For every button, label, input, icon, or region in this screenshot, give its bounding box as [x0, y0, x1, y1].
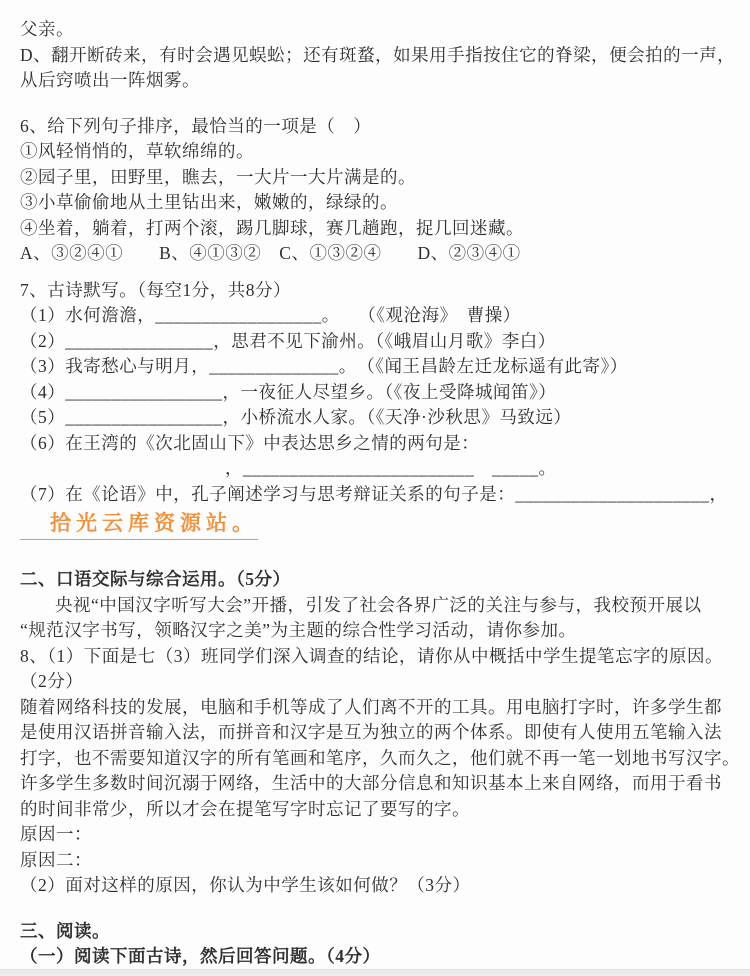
- section-2-intro-line1: 央视“中国汉字听写大会”开播，引发了社会各界广泛的关注与参与，我校预开展以: [20, 593, 736, 619]
- question-6-sentence-2: ②园子里，田野里，瞧去，一大片一大片满是的。: [20, 165, 736, 191]
- vertical-spacer: [20, 899, 736, 919]
- document-body: 父亲。D、翻开断砖来，有时会遇见蜈蚣；还有斑蝥，如果用手指按住它的脊梁，便会拍的…: [0, 0, 750, 970]
- question-8-passage-line1: 随着网络科技的发展，电脑和手机等成了人们离不开的工具。用电脑打字时，许多学生都: [20, 695, 736, 721]
- vertical-spacer: [20, 267, 736, 278]
- question-7-item-2: （2）________________，思君不见下渝州。（《峨眉山月歌》李白）: [20, 329, 736, 355]
- question-6-title: 6、给下列句子排序，最恰当的一项是（ ）: [20, 114, 736, 140]
- question-7-item-7: （7）在《论语》中，孔子阐述学习与思考辩证关系的句子是：____________…: [20, 482, 736, 508]
- question-8-reason-2: 原因二：: [20, 848, 736, 874]
- question-7-item-6-answer-line: ，_________________________ _____。: [20, 456, 736, 482]
- exam-paper-page: 父亲。D、翻开断砖来，有时会遇见蜈蚣；还有斑蝥，如果用手指按住它的脊梁，便会拍的…: [0, 0, 750, 976]
- question-8-part-1-score: （2分）: [20, 669, 736, 695]
- question-6-sentence-1: ①风轻悄悄的，草软绵绵的。: [20, 139, 736, 165]
- question-6-options: A、③②④① B、④①③② C、①③②④ D、②③④①: [20, 241, 736, 267]
- question-7-title: 7、古诗默写。（每空1分，共8分）: [20, 278, 736, 304]
- question-8-passage-line4: 许多学生多数时间沉溺于网络，生活中的大部分信息和知识基本上来自网络，而用于看书: [20, 771, 736, 797]
- question-8-reason-1: 原因一：: [20, 822, 736, 848]
- question-6-sentence-3: ③小草偷偷地从土里钻出来，嫩嫩的，绿绿的。: [20, 190, 736, 216]
- question-7-item-5: （5）_________________，小桥流水人家。（《天净·沙秋思》马致远…: [20, 405, 736, 431]
- line-fuqin: 父亲。: [20, 17, 736, 43]
- option-d-line1: D、翻开断砖来，有时会遇见蜈蚣；还有斑蝥，如果用手指按住它的脊梁，便会拍的一声，: [20, 43, 736, 69]
- question-8-part-2: （2）面对这样的原因，你认为中学生该如何做？（3分）: [20, 873, 736, 899]
- section-3-sub-header: （一）阅读下面古诗，然后回答问题。（4分）: [20, 944, 736, 970]
- question-8-passage-line3: 打字，也不需要知道汉字的所有笔画和笔序，久而久之，他们就不再一笔一划地书写汉字。: [20, 746, 736, 772]
- vertical-spacer: [20, 94, 736, 114]
- question-8-part-1: 8、（1）下面是七（3）班同学们深入调查的结论，请你从中概括中学生提笔忘字的原因…: [20, 644, 736, 670]
- question-8-passage-line5: 的时间非常少，所以才会在提笔写字时忘记了要写的字。: [20, 797, 736, 823]
- option-d-line2: 从后窍喷出一阵烟雾。: [20, 68, 736, 94]
- section-2-header: 二、口语交际与综合运用。（5分）: [20, 567, 736, 593]
- section-2-intro-line2: “规范汉字书写，领略汉字之美”为主题的综合性学习活动，请你参加。: [20, 618, 736, 644]
- page-edge-strip: [0, 969, 750, 976]
- question-8-passage-line2: 是使用汉语拼音输入法，而拼音和汉字是互为独立的两个体系。即使有人使用五笔输入法: [20, 720, 736, 746]
- watermark-underline: 拾光云库资源站。: [20, 511, 258, 540]
- question-7-item-1: （1）水何澹澹，__________________。 （《观沧海》 曹操）: [20, 303, 736, 329]
- question-7-item-4: （4）_________________，一夜征人尽望乡。（《夜上受降城闻笛》）: [20, 380, 736, 406]
- question-7-item-6: （6）在王湾的《次北固山下》中表达思乡之情的两句是：: [20, 431, 736, 457]
- vertical-spacer: [20, 541, 736, 567]
- section-3-header: 三、阅读。: [20, 919, 736, 945]
- question-7-item-3: （3）我寄愁心与明月，______________。 （《闻王昌龄左迁龙标遥有此…: [20, 354, 736, 380]
- watermark-text: 拾光云库资源站。: [50, 512, 258, 535]
- question-6-sentence-4: ④坐着，躺着，打两个滚，踢几脚球，赛几趟跑，捉几回迷藏。: [20, 216, 736, 242]
- watermark: 拾光云库资源站。: [20, 511, 736, 541]
